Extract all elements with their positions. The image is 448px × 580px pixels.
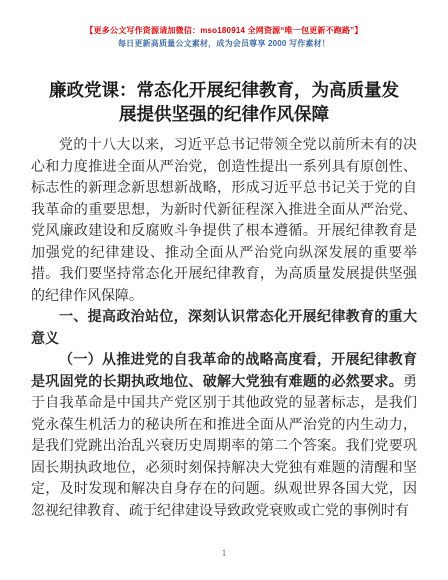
ad-line-red: 【更多公文写作资源请加微信：mso180914 全网资源“唯一包更新不跑路”】	[0, 24, 448, 37]
paragraph-section-1-lead: （一）从推进党的自我革命的战略高度看，开展纪律教育是巩固党的长期执政地位、破解大…	[31, 353, 417, 390]
paragraph-intro: 党的十八大以来，习近平总书记带领全党以前所未有的决心和力度推进全面从严治党，创造…	[31, 135, 417, 307]
document-body: 党的十八大以来，习近平总书记带领全党以前所未有的决心和力度推进全面从严治党，创造…	[31, 135, 417, 522]
ad-header: 【更多公文写作资源请加微信：mso180914 全网资源“唯一包更新不跑路”】 …	[0, 0, 448, 50]
paragraph-section-1: （一）从推进党的自我革命的战略高度看，开展纪律教育是巩固党的长期执政地位、破解大…	[31, 350, 417, 522]
ad-line-blue: 每日更新高质量公文素材，成为会员尊享 2000 写作素材！	[0, 37, 448, 50]
document-title: 廉政党课：常态化开展纪律教育，为高质量发展提供坚强的纪律作风保障	[43, 78, 405, 126]
paragraph-section-1-body: 勇于自我革命是中国共产党区别于其他政党的显著标志，是我们党永葆生机活力的秘诀所在…	[31, 375, 417, 519]
document-page: 【更多公文写作资源请加微信：mso180914 全网资源“唯一包更新不跑路”】 …	[0, 0, 448, 580]
section-heading-1: 一、提高政治站位，深刻认识常态化开展纪律教育的重大意义	[31, 307, 417, 350]
page-number: 1	[0, 548, 448, 558]
